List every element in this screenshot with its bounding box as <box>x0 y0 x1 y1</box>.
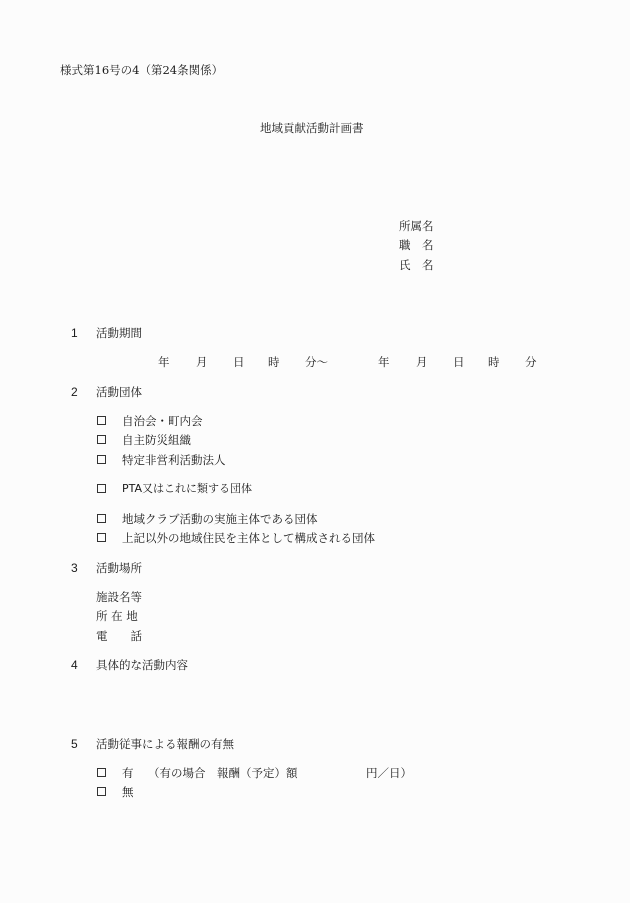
affiliation-label: 所属名 <box>399 219 434 233</box>
end-month-unit: 月 <box>416 355 428 369</box>
option-label-pta: PTA又はこれに類する団体 <box>122 482 252 496</box>
option-label-disaster-prevention: 自主防災組織 <box>122 433 191 447</box>
start-month-unit: 月 <box>196 355 208 369</box>
end-hour-unit: 時 <box>488 355 500 369</box>
compensation-amount-prefix: （有の場合 報酬（予定）額 <box>148 766 298 780</box>
checkbox-disaster-prevention[interactable] <box>97 435 106 444</box>
facility-name-label: 施設名等 <box>96 590 142 604</box>
end-minute-unit: 分 <box>525 355 537 369</box>
option-label-npo: 特定非営利活動法人 <box>122 453 226 467</box>
checkbox-other-resident-group[interactable] <box>97 533 106 542</box>
form-number-header: 様式第16号の4（第24条関係） <box>60 63 223 77</box>
start-day-unit: 日 <box>233 355 245 369</box>
section-3-number: 3 <box>71 561 78 575</box>
start-minute-unit: 分〜 <box>305 355 328 369</box>
section-5-number: 5 <box>71 737 78 751</box>
start-year-unit: 年 <box>158 355 170 369</box>
section-3-heading: 活動場所 <box>96 561 142 575</box>
checkbox-community-club[interactable] <box>97 514 106 523</box>
start-hour-unit: 時 <box>268 355 280 369</box>
end-day-unit: 日 <box>453 355 465 369</box>
checkbox-compensation-yes[interactable] <box>97 768 106 777</box>
checkbox-neighborhood-association[interactable] <box>97 416 106 425</box>
document-title: 地域貢献活動計画書 <box>260 121 364 135</box>
section-1-number: 1 <box>71 326 78 340</box>
section-2-number: 2 <box>71 385 78 399</box>
option-label-community-club: 地域クラブ活動の実施主体である団体 <box>122 512 318 526</box>
end-year-unit: 年 <box>378 355 390 369</box>
phone-label: 電 話 <box>96 629 142 643</box>
section-4-heading: 具体的な活動内容 <box>96 658 188 672</box>
name-label: 氏 名 <box>399 258 434 272</box>
position-label: 職 名 <box>399 238 434 252</box>
section-2-heading: 活動団体 <box>96 385 142 399</box>
option-label-compensation-yes: 有 <box>122 766 134 780</box>
option-label-other-resident-group: 上記以外の地域住民を主体として構成される団体 <box>122 531 375 545</box>
checkbox-npo[interactable] <box>97 455 106 464</box>
section-5-heading: 活動従事による報酬の有無 <box>96 737 234 751</box>
checkbox-pta[interactable] <box>97 484 106 493</box>
section-4-number: 4 <box>71 658 78 672</box>
section-1-heading: 活動期間 <box>96 326 142 340</box>
address-label: 所 在 地 <box>96 609 138 623</box>
option-label-neighborhood-association: 自治会・町内会 <box>122 414 203 428</box>
checkbox-compensation-no[interactable] <box>97 787 106 796</box>
option-label-compensation-no: 無 <box>122 785 134 799</box>
compensation-amount-suffix: 円／日） <box>366 766 412 780</box>
